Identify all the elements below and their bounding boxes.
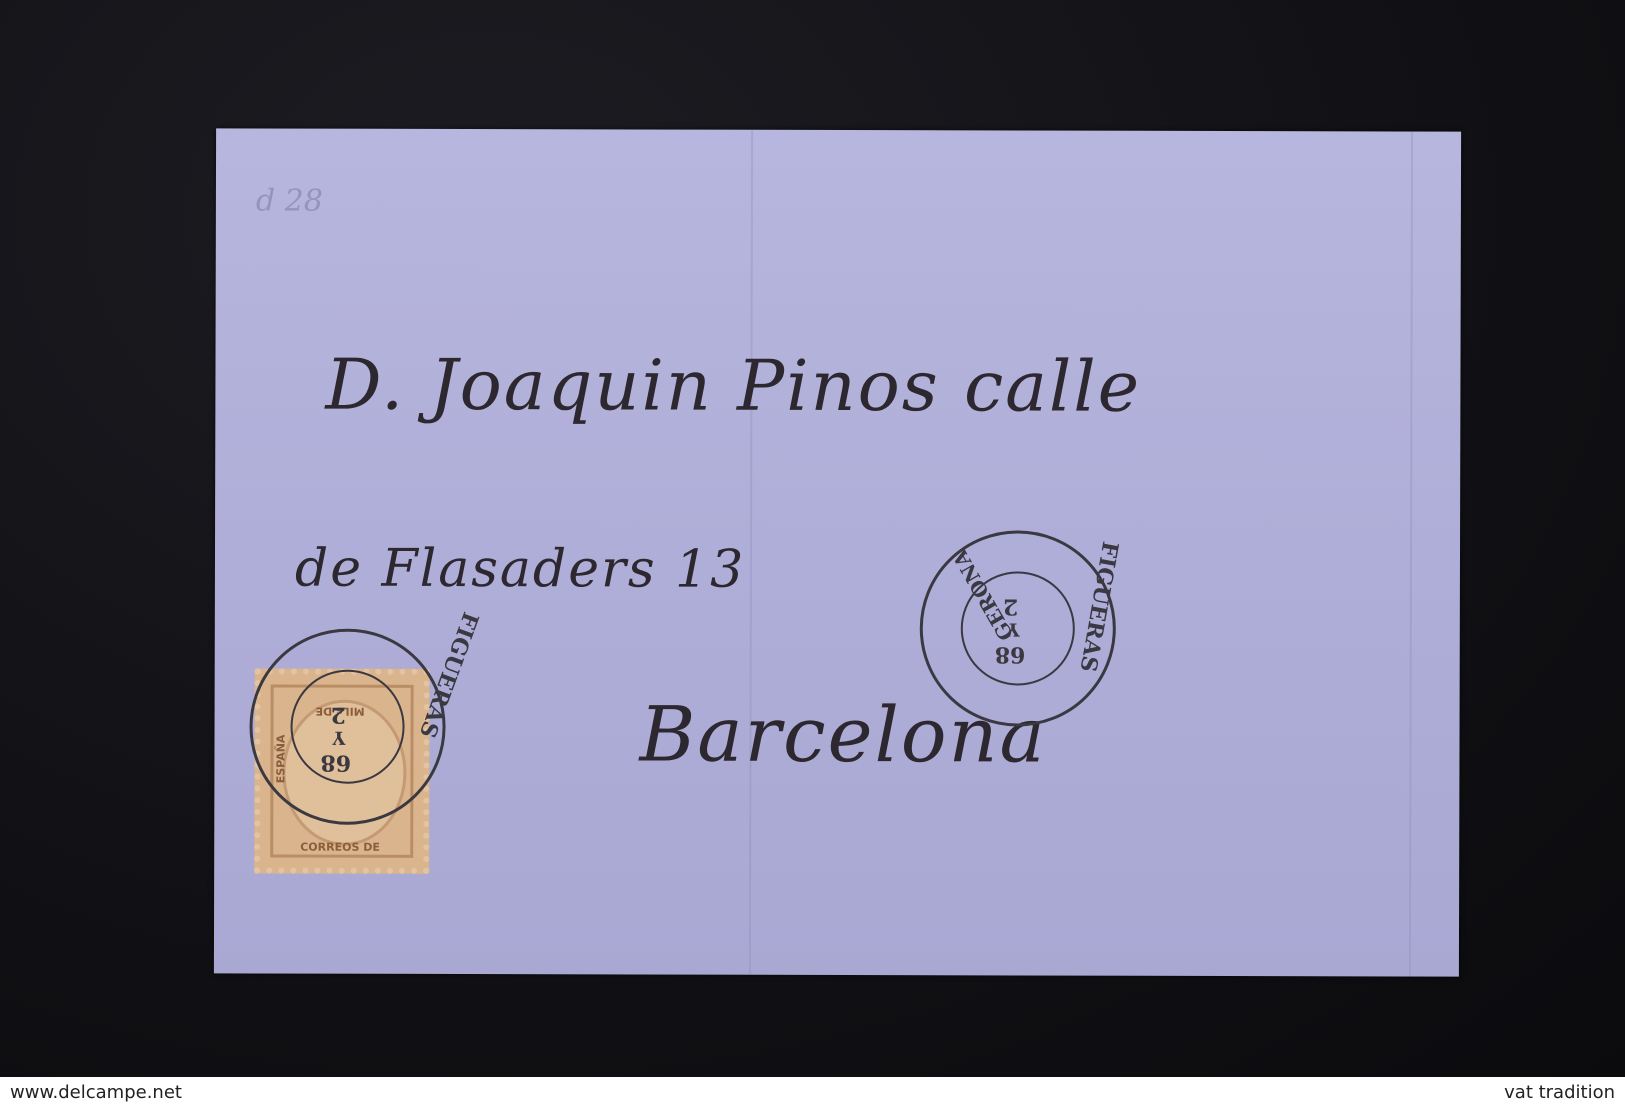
postmark-month: Y bbox=[1007, 618, 1020, 639]
postmark-town: FIGUERAS bbox=[1074, 539, 1123, 673]
site-caption: www.delcampe.net bbox=[10, 1082, 182, 1103]
seller-caption: vat tradition bbox=[1504, 1082, 1615, 1103]
postmark-year: 68 bbox=[995, 641, 1026, 667]
postmark-day: 2 bbox=[1003, 593, 1018, 619]
address-line-1: D. Joaquin Pinos calle bbox=[325, 344, 1141, 428]
postal-cover: d 28 D. Joaquin Pinos calle de Flasaders… bbox=[214, 128, 1461, 976]
pencil-note: d 28 bbox=[256, 183, 323, 218]
postmark-year: 68 bbox=[320, 750, 351, 776]
stamp-inscription-bottom: CORREOS DE bbox=[300, 841, 380, 854]
postmark-on-stamp: FIGUERAS 2 Y 68 bbox=[249, 628, 446, 825]
postmark-month: Y bbox=[332, 727, 345, 748]
postmark-town: FIGUERAS bbox=[414, 609, 484, 742]
postmark-cover: FIGUERAS GERONA 2 Y 68 bbox=[920, 530, 1117, 727]
cover-photo: d 28 D. Joaquin Pinos calle de Flasaders… bbox=[0, 0, 1625, 1077]
fold-line bbox=[749, 130, 753, 975]
address-line-2: de Flasaders 13 bbox=[295, 539, 745, 600]
fold-line bbox=[1409, 132, 1413, 977]
postmark-day: 2 bbox=[331, 702, 346, 728]
